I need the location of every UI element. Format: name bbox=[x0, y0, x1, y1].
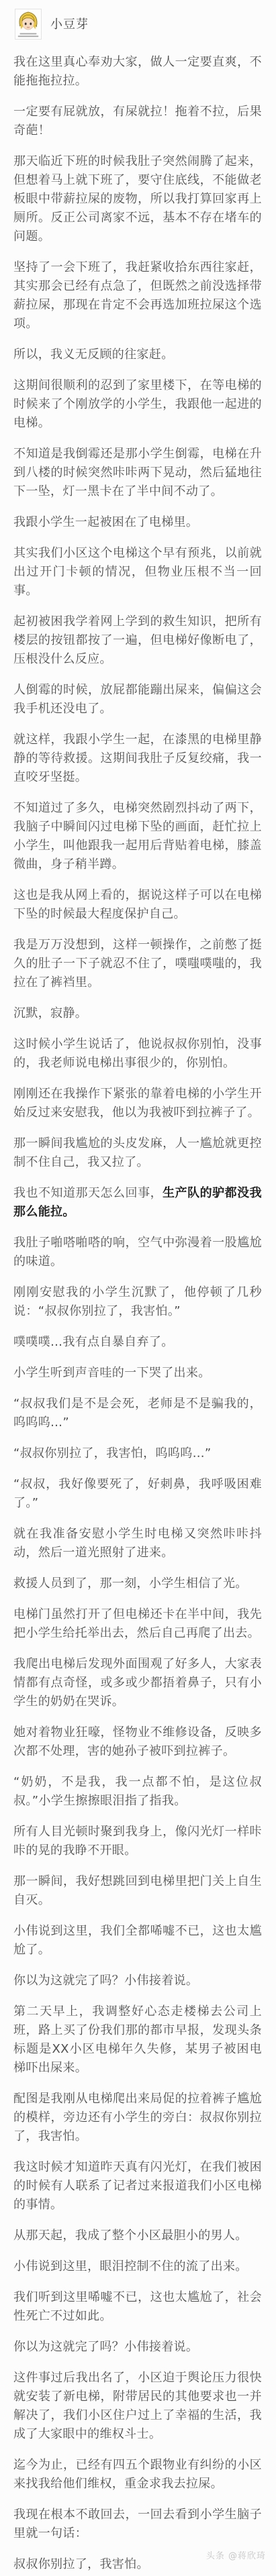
paragraph: 起初被困我学着网上学到的救生知识，把所有楼层的按钮都按了一遍，但电梯好像断电了，… bbox=[13, 612, 262, 669]
paragraph-text: 我这时候才知道昨天真有闪光灯，在我们被困的时候有人联系了记者过来报道我们小区电梯… bbox=[13, 2160, 262, 2212]
paragraph: 小学生听到声音哇的一下哭了出来。 bbox=[13, 1364, 262, 1383]
paragraph-text: 这也是我从网上看的，据说这样子可以在电梯下坠的时候最大程度保护自己。 bbox=[13, 888, 262, 921]
paragraph-text: 我现在根本不敢回去，一回去看到小学生脑子里就一句话： bbox=[13, 2508, 262, 2540]
paragraph: “叔叔你别拉了，我害怕，呜呜呜…” bbox=[13, 1444, 262, 1463]
paragraph: 不知道过了多久，电梯突然剧烈抖动了两下，我脑子中瞬间闪过电梯下坠的画面，赶忙拉上… bbox=[13, 799, 262, 874]
paragraph-text: 我跟小学生一起被困在了电梯里。 bbox=[13, 515, 198, 529]
paragraph-text: 这期间很顺利的忍到了家里楼下，在等电梯的时候来了个刚放学的小学生，我跟他一起进的… bbox=[13, 378, 262, 430]
paragraph-text: 噗噗噗…我有点自暴自弃了。 bbox=[13, 1335, 174, 1349]
paragraph: 坚持了一会下班了，我赶紧收拾东西往家赶，其实那会已经有点急了，但既然之前没选择带… bbox=[13, 258, 262, 333]
paragraph: 我肚子啪嗒啪嗒的响，空气中弥漫着一股尴尬的味道。 bbox=[13, 1234, 262, 1271]
paragraph: 这时候小学生说话了，他说叔叔你别怕，没事的，我老师说电梯出事很少的，你别怕。 bbox=[13, 1035, 262, 1073]
paragraph-text: 坚持了一会下班了，我赶紧收拾东西往家赶，其实那会已经有点急了，但既然之前没选择带… bbox=[13, 260, 262, 331]
paragraph: 我这时候才知道昨天真有闪光灯，在我们被困的时候有人联系了记者过来报道我们小区电梯… bbox=[13, 2158, 262, 2214]
paragraph-text: 迄今为止，已经有四五个跟物业有纠纷的小区来找我给他们维权，重金求我去拉屎。 bbox=[13, 2458, 262, 2491]
watermark: 头条 @蒋欣琦 bbox=[206, 2548, 266, 2561]
paragraph-text: 不知道过了多久，电梯突然剧烈抖动了两下，我脑子中瞬间闪过电梯下坠的画面，赶忙拉上… bbox=[13, 801, 262, 871]
paragraph-text: 不知道是我倒霉还是那小学生倒霉，电梯在升到八楼的时候突然咔咔两下晃动，然后猛地往… bbox=[13, 447, 262, 498]
paragraph: 你以为这就完了吗？小伟接着说。 bbox=[13, 2338, 262, 2357]
paragraph: 她对着物业狂嚎，怪物业不维修设备，反映多次都不处理，害的她孙子被吓到拉裤子。 bbox=[13, 1723, 262, 1761]
paragraph: “奶奶，不是我，我一点都不怕，是这位叔叔。”小学生擦擦眼泪指了指我。 bbox=[13, 1773, 262, 1811]
paragraph-text: 所以，我义无反顾的往家赶。 bbox=[13, 347, 174, 362]
paragraph-text: 我在这里真心奉劝大家，做人一定要直爽，不能拖拖拉拉。 bbox=[13, 55, 262, 88]
paragraph-text: 所有人目光顿时聚到我身上，像闪光灯一样咔咔的晃的我睁不开眼。 bbox=[13, 1825, 262, 1858]
paragraph-text: 她对着物业狂嚎，怪物业不维修设备，反映多次都不处理，害的她孙子被吓到拉裤子。 bbox=[13, 1725, 262, 1758]
paragraph-text: 小伟说到这里，我们全都唏嘘不已，这也太尴尬了。 bbox=[13, 1924, 262, 1957]
paragraph: 我爬出电梯后发现外面围观了好多人，大家表情都有点奇怪，或多或少都捂着鼻子，只有小… bbox=[13, 1655, 262, 1711]
paragraph-text: “叔叔你别拉了，我害怕，呜呜呜…” bbox=[13, 1446, 212, 1460]
paragraph-text: 电梯门虽然打开了但电梯还卡在半中间，我先把小学生给托举出去，然后自己再爬了出去。 bbox=[13, 1607, 262, 1640]
paragraph: 我是万万没想到，这样一顿操作，之前憋了挺久的肚子一下子就忍不住了，噗嗤噗嗤的，我… bbox=[13, 936, 262, 992]
paragraph: 一定要有屁就放，有屎就拉！拖着不拉，后果奇葩！ bbox=[13, 103, 262, 140]
paragraph-text: 你以为这就完了吗？小伟接着说。 bbox=[13, 1974, 198, 1988]
paragraph-text: 配图是我刚从电梯爬出来局促的拉着裤子尴尬的模样，旁边还有小学生的旁白：叔叔你别拉… bbox=[13, 2092, 262, 2143]
paragraph-text: 第二天早上，我调整好心态走楼梯去公司上班，路上买了份我们那的都市早报，发现头条标… bbox=[13, 2004, 262, 2075]
paragraph: 所以，我义无反顾的往家赶。 bbox=[13, 345, 262, 364]
paragraph-text: 沉默，寂静。 bbox=[13, 1006, 87, 1020]
paragraph: 就这样，我跟小学生一起，在漆黑的电梯里静静的等待救援。这期间我肚子反复绞痛，我一… bbox=[13, 731, 262, 787]
paragraph: 其实我们小区这个电梯这个早有预兆，以前就出过开门卡顿的情况，但物业压根不当一回事… bbox=[13, 544, 262, 600]
paragraph-text: 救援人员到了，那一刻，小学生相信了光。 bbox=[13, 1576, 248, 1591]
paragraph-text: 那一瞬间，我好想跳回到电梯里把门关上自生自灭。 bbox=[13, 1874, 262, 1907]
paragraph: 噗噗噗…我有点自暴自弃了。 bbox=[13, 1333, 262, 1352]
paragraph: 那一瞬间，我好想跳回到电梯里把门关上自生自灭。 bbox=[13, 1872, 262, 1910]
paragraph-text: 我爬出电梯后发现外面围观了好多人，大家表情都有点奇怪，或多或少都捂着鼻子，只有小… bbox=[13, 1657, 262, 1709]
paragraph-text: 从那天起，我成了整个小区最胆小的男人。 bbox=[13, 2229, 248, 2243]
paragraph-text: 我是万万没想到，这样一顿操作，之前憋了挺久的肚子一下子就忍不住了，噗嗤噗嗤的，我… bbox=[13, 938, 262, 989]
paragraph: 我们听到这里唏嘘不已，这也太尴尬了，社会性死亡不过如此。 bbox=[13, 2288, 262, 2326]
paragraph: 第二天早上，我调整好心态走楼梯去公司上班，路上买了份我们那的都市早报，发现头条标… bbox=[13, 2002, 262, 2078]
paragraph: 我在这里真心奉劝大家，做人一定要直爽，不能拖拖拉拉。 bbox=[13, 53, 262, 91]
paragraph: 沉默，寂静。 bbox=[13, 1004, 262, 1023]
paragraph: 救援人员到了，那一刻，小学生相信了光。 bbox=[13, 1574, 262, 1593]
paragraph: 刚刚还在我操作下紧张的靠着电梯的小学生开始反过来安慰我，他以为我被吓到拉裤子了。 bbox=[13, 1085, 262, 1122]
paragraph: 就在我准备安慰小学生时电梯又突然咔咔抖动，然后一道光照射了进来。 bbox=[13, 1525, 262, 1562]
paragraph: 小伟说到这里，眼泪控制不住的流了出来。 bbox=[13, 2257, 262, 2276]
paragraph: 迄今为止，已经有四五个跟物业有纠纷的小区来找我给他们维权，重金求我去拉屎。 bbox=[13, 2456, 262, 2493]
paragraph: 从那天起，我成了整个小区最胆小的男人。 bbox=[13, 2226, 262, 2245]
paragraph: “叔叔，我好像要死了，好刺鼻，我呼吸困难了。” bbox=[13, 1475, 262, 1513]
paragraph-text: “叔叔，我好像要死了，好刺鼻，我呼吸困难了。” bbox=[13, 1477, 262, 1510]
paragraph-text: 你以为这就完了吗？小伟接着说。 bbox=[13, 2340, 198, 2354]
paragraph-text: 刚刚还在我操作下紧张的靠着电梯的小学生开始反过来安慰我，他以为我被吓到拉裤子了。 bbox=[13, 1087, 262, 1120]
paragraph-text: 我也不知道那天怎么回事， bbox=[13, 1186, 163, 1200]
avatar-image bbox=[15, 9, 41, 39]
paragraph: 这期间很顺利的忍到了家里楼下，在等电梯的时候来了个刚放学的小学生，我跟他一起进的… bbox=[13, 376, 262, 433]
paragraph: 配图是我刚从电梯爬出来局促的拉着裤子尴尬的模样，旁边还有小学生的旁白：叔叔你别拉… bbox=[13, 2090, 262, 2146]
paragraph: 那天临近下班的时候我肚子突然闹腾了起来，但想着马上就下班了，要守住底线，不能做老… bbox=[13, 152, 262, 246]
paragraph: 我也不知道那天怎么回事，生产队的驴都没我那么能拉。 bbox=[13, 1184, 262, 1222]
paragraph-text: 就在我准备安慰小学生时电梯又突然咔咔抖动，然后一道光照射了进来。 bbox=[13, 1527, 262, 1560]
paragraph-text: 小伟说到这里，眼泪控制不住的流了出来。 bbox=[13, 2259, 248, 2273]
paragraph: 小伟说到这里，我们全都唏嘘不已，这也太尴尬了。 bbox=[13, 1922, 262, 1960]
paragraph: 那一瞬间我尴尬的头皮发麻，人一尴尬就更控制不住自己，我又拉了。 bbox=[13, 1134, 262, 1172]
paragraph-text: “奶奶，不是我，我一点都不怕，是这位叔叔。”小学生擦擦眼泪指了指我。 bbox=[13, 1775, 262, 1808]
paragraph: 不知道是我倒霉还是那小学生倒霉，电梯在升到八楼的时候突然咔咔两下晃动，然后猛地往… bbox=[13, 445, 262, 501]
paragraph-text: 起初被困我学着网上学到的救生知识，把所有楼层的按钮都按了一遍，但电梯好像断电了，… bbox=[13, 614, 262, 666]
post-header: 小豆芽 bbox=[0, 0, 276, 40]
paragraph-text: 这时候小学生说话了，他说叔叔你别怕，没事的，我老师说电梯出事很少的，你别怕。 bbox=[13, 1037, 262, 1070]
paragraph: 我跟小学生一起被困在了电梯里。 bbox=[13, 513, 262, 532]
paragraph: 你以为这就完了吗？小伟接着说。 bbox=[13, 1972, 262, 1990]
paragraph-text: 就这样，我跟小学生一起，在漆黑的电梯里静静的等待救援。这期间我肚子反复绞痛，我一… bbox=[13, 733, 262, 784]
paragraph: 我现在根本不敢回去，一回去看到小学生脑子里就一句话： bbox=[13, 2506, 262, 2543]
post: 小豆芽 我在这里真心奉劝大家，做人一定要直爽，不能拖拖拉拉。一定要有屁就放，有屎… bbox=[0, 0, 276, 2576]
paragraph-text: 其实我们小区这个电梯这个早有预兆，以前就出过开门卡顿的情况，但物业压根不当一回事… bbox=[13, 546, 262, 598]
paragraph-text: 这件事过后我出名了，小区迫于舆论压力很快就安装了新电梯，附带居民的其他要求也一并… bbox=[13, 2371, 262, 2441]
paragraph: “叔叔我们是不是会死，老师是不是骗我的，呜呜呜…” bbox=[13, 1395, 262, 1432]
paragraph-text: “叔叔我们是不是会死，老师是不是骗我的，呜呜呜…” bbox=[13, 1397, 262, 1430]
paragraph-text: 刚刚安慰我的小学生沉默了，他停顿了几秒说：“叔叔你别拉了，我害怕。” bbox=[13, 1285, 262, 1318]
paragraph-text: 那一瞬间我尴尬的头皮发麻，人一尴尬就更控制不住自己，我又拉了。 bbox=[13, 1136, 262, 1169]
paragraph: 这件事过后我出名了，小区迫于舆论压力很快就安装了新电梯，附带居民的其他要求也一并… bbox=[13, 2369, 262, 2444]
paragraph-text: 我肚子啪嗒啪嗒的响，空气中弥漫着一股尴尬的味道。 bbox=[13, 1236, 262, 1269]
paragraph: 电梯门虽然打开了但电梯还卡在半中间，我先把小学生给托举出去，然后自己再爬了出去。 bbox=[13, 1605, 262, 1643]
paragraph-text: 叔叔你别拉了，我害怕。 bbox=[13, 2557, 149, 2571]
paragraph-text: 那天临近下班的时候我肚子突然闹腾了起来，但想着马上就下班了，要守住底线，不能做老… bbox=[13, 154, 262, 244]
username[interactable]: 小豆芽 bbox=[50, 15, 89, 32]
paragraph-text: 一定要有屁就放，有屎就拉！拖着不拉，后果奇葩！ bbox=[13, 105, 262, 138]
post-body: 我在这里真心奉劝大家，做人一定要直爽，不能拖拖拉拉。一定要有屁就放，有屎就拉！拖… bbox=[0, 53, 276, 2574]
paragraph-text: 人倒霉的时候，放屁都能蹦出屎来，偏偏这会我手机还没电了。 bbox=[13, 683, 262, 716]
avatar[interactable] bbox=[15, 9, 42, 40]
paragraph: 刚刚安慰我的小学生沉默了，他停顿了几秒说：“叔叔你别拉了，我害怕。” bbox=[13, 1283, 262, 1321]
paragraph-text: 我们听到这里唏嘘不已，这也太尴尬了，社会性死亡不过如此。 bbox=[13, 2290, 262, 2323]
paragraph: 人倒霉的时候，放屁都能蹦出屎来，偏偏这会我手机还没电了。 bbox=[13, 681, 262, 718]
paragraph: 这也是我从网上看的，据说这样子可以在电梯下坠的时候最大程度保护自己。 bbox=[13, 886, 262, 924]
paragraph-text: 小学生听到声音哇的一下哭了出来。 bbox=[13, 1366, 211, 1380]
paragraph: 所有人目光顿时聚到我身上，像闪光灯一样咔咔的晃的我睁不开眼。 bbox=[13, 1823, 262, 1860]
